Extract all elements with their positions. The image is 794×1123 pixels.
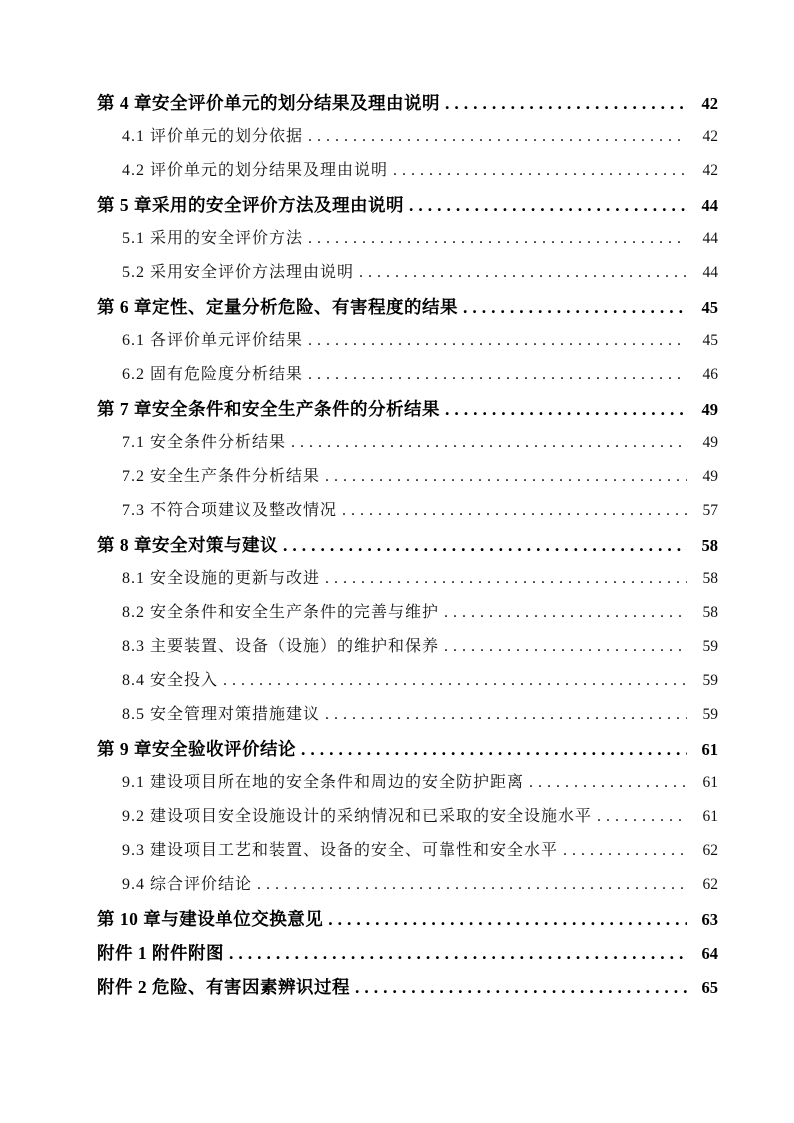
toc-entry-page: 59 [690,698,718,732]
dot-leader [223,664,687,698]
toc-entry: 9.1 建设项目所在地的安全条件和周边的安全防护距离 61 [122,766,718,800]
toc-entry-page: 42 [690,120,718,154]
dot-leader [445,392,687,426]
toc-entry-title: 8.2 安全条件和安全生产条件的完善与维护 [122,596,439,630]
toc-entry-title: 附件 1 附件附图 [97,936,224,970]
toc-entry-page: 49 [690,426,718,460]
toc-entry-page: 61 [690,733,718,766]
toc-entry-title: 9.4 综合评价结论 [122,868,252,902]
toc-entry-title: 7.3 不符合项建议及整改情况 [122,494,337,528]
toc-entry: 8.2 安全条件和安全生产条件的完善与维护 58 [122,596,718,630]
toc-entry-page: 45 [690,291,718,324]
dot-leader [342,494,687,528]
toc-entry-page: 44 [690,222,718,256]
dot-leader [393,154,687,188]
dot-leader [301,732,687,766]
toc-entry-title: 5.2 采用安全评价方法理由说明 [122,256,354,290]
toc-entry: 4.1 评价单元的划分依据 42 [122,120,718,154]
toc-entry-title: 8.4 安全投入 [122,664,218,698]
dot-leader [563,834,687,868]
dot-leader [229,936,687,970]
toc-entry-page: 65 [690,971,718,1004]
dot-leader [463,290,687,324]
toc-entry-page: 61 [690,766,718,800]
toc-entry-title: 9.3 建设项目工艺和装置、设备的安全、可靠性和安全水平 [122,834,558,868]
toc-entry-page: 42 [690,154,718,188]
document-page: 第 4 章安全评价单元的划分结果及理由说明 42 4.1 评价单元的划分依据 4… [0,0,794,1123]
toc-entry-page: 59 [690,664,718,698]
toc-entry: 9.4 综合评价结论 62 [122,868,718,902]
dot-leader [325,460,687,494]
toc-entry-title: 5.1 采用的安全评价方法 [122,222,303,256]
toc-entry-page: 62 [690,868,718,902]
toc-entry-page: 42 [690,87,718,120]
toc-entry: 5.2 采用安全评价方法理由说明 44 [122,256,718,290]
toc-entry-page: 58 [690,562,718,596]
toc-entry: 第 9 章安全验收评价结论 61 [97,732,718,766]
toc-entry-title: 8.1 安全设施的更新与改进 [122,562,320,596]
toc-entry-page: 64 [690,937,718,970]
toc-entry-page: 45 [690,324,718,358]
toc-entry-page: 58 [690,529,718,562]
toc-entry-title: 7.2 安全生产条件分析结果 [122,460,320,494]
toc-entry: 第 4 章安全评价单元的划分结果及理由说明 42 [97,86,718,120]
toc-entry: 8.4 安全投入 59 [122,664,718,698]
toc-entry-page: 59 [690,630,718,664]
toc-entry: 第 8 章安全对策与建议 58 [97,528,718,562]
toc-entry: 9.2 建设项目安全设施设计的采纳情况和已采取的安全设施水平 61 [122,800,718,834]
toc-entry: 4.2 评价单元的划分结果及理由说明 42 [122,154,718,188]
toc-entry: 第 7 章安全条件和安全生产条件的分析结果 49 [97,392,718,426]
dot-leader [355,970,687,1004]
toc-entry: 8.3 主要装置、设备（设施）的维护和保养 59 [122,630,718,664]
toc-entry: 5.1 采用的安全评价方法 44 [122,222,718,256]
toc-entry: 7.3 不符合项建议及整改情况 57 [122,494,718,528]
dot-leader [291,426,687,460]
toc-entry-page: 61 [690,800,718,834]
toc-entry: 第 6 章定性、定量分析危险、有害程度的结果 45 [97,290,718,324]
dot-leader [529,766,687,800]
toc-entry-title: 第 7 章安全条件和安全生产条件的分析结果 [97,392,440,426]
toc-entry-page: 58 [690,596,718,630]
toc-entry-page: 57 [690,494,718,528]
toc-entry: 8.5 安全管理对策措施建议 59 [122,698,718,732]
dot-leader [409,188,687,222]
toc-entry-page: 63 [690,903,718,936]
toc-entry-title: 第 6 章定性、定量分析危险、有害程度的结果 [97,290,458,324]
toc-entry-title: 6.2 固有危险度分析结果 [122,358,303,392]
toc-entry: 6.2 固有危险度分析结果 46 [122,358,718,392]
dot-leader [444,596,687,630]
toc-entry-title: 9.1 建设项目所在地的安全条件和周边的安全防护距离 [122,766,524,800]
toc-entry-title: 6.1 各评价单元评价结果 [122,324,303,358]
toc-entry-title: 第 4 章安全评价单元的划分结果及理由说明 [97,86,440,120]
toc-entry-title: 第 10 章与建设单位交换意见 [97,902,323,936]
toc-entry-page: 62 [690,834,718,868]
toc-entry-title: 第 5 章采用的安全评价方法及理由说明 [97,188,404,222]
toc-entry: 附件 1 附件附图 64 [97,936,718,970]
dot-leader [445,86,687,120]
toc-entry-title: 第 8 章安全对策与建议 [97,528,278,562]
toc-entry-title: 8.3 主要装置、设备（设施）的维护和保养 [122,630,439,664]
toc-entry-title: 4.2 评价单元的划分结果及理由说明 [122,154,388,188]
dot-leader [325,698,687,732]
dot-leader [308,222,687,256]
dot-leader [444,630,687,664]
toc-entry-title: 第 9 章安全验收评价结论 [97,732,296,766]
dot-leader [328,902,687,936]
dot-leader [308,120,687,154]
toc-entry-title: 9.2 建设项目安全设施设计的采纳情况和已采取的安全设施水平 [122,800,592,834]
toc-entry-page: 46 [690,358,718,392]
toc-entry-page: 49 [690,460,718,494]
toc-entry: 9.3 建设项目工艺和装置、设备的安全、可靠性和安全水平 62 [122,834,718,868]
toc-entry: 7.2 安全生产条件分析结果 49 [122,460,718,494]
dot-leader [308,324,687,358]
toc-entry: 7.1 安全条件分析结果 49 [122,426,718,460]
dot-leader [283,528,687,562]
dot-leader [597,800,687,834]
toc-entry-title: 附件 2 危险、有害因素辨识过程 [97,970,350,1004]
dot-leader [308,358,687,392]
dot-leader [325,562,687,596]
toc-entry-title: 4.1 评价单元的划分依据 [122,120,303,154]
toc-entry: 附件 2 危险、有害因素辨识过程 65 [97,970,718,1004]
toc-entry: 6.1 各评价单元评价结果 45 [122,324,718,358]
dot-leader [359,256,687,290]
dot-leader [257,868,687,902]
toc-entry: 8.1 安全设施的更新与改进 58 [122,562,718,596]
toc-entry-page: 44 [690,189,718,222]
toc-entry-title: 8.5 安全管理对策措施建议 [122,698,320,732]
toc-entry-page: 44 [690,256,718,290]
toc-entry-title: 7.1 安全条件分析结果 [122,426,286,460]
toc-entry: 第 10 章与建设单位交换意见 63 [97,902,718,936]
toc-entry: 第 5 章采用的安全评价方法及理由说明 44 [97,188,718,222]
toc-entry-page: 49 [690,393,718,426]
